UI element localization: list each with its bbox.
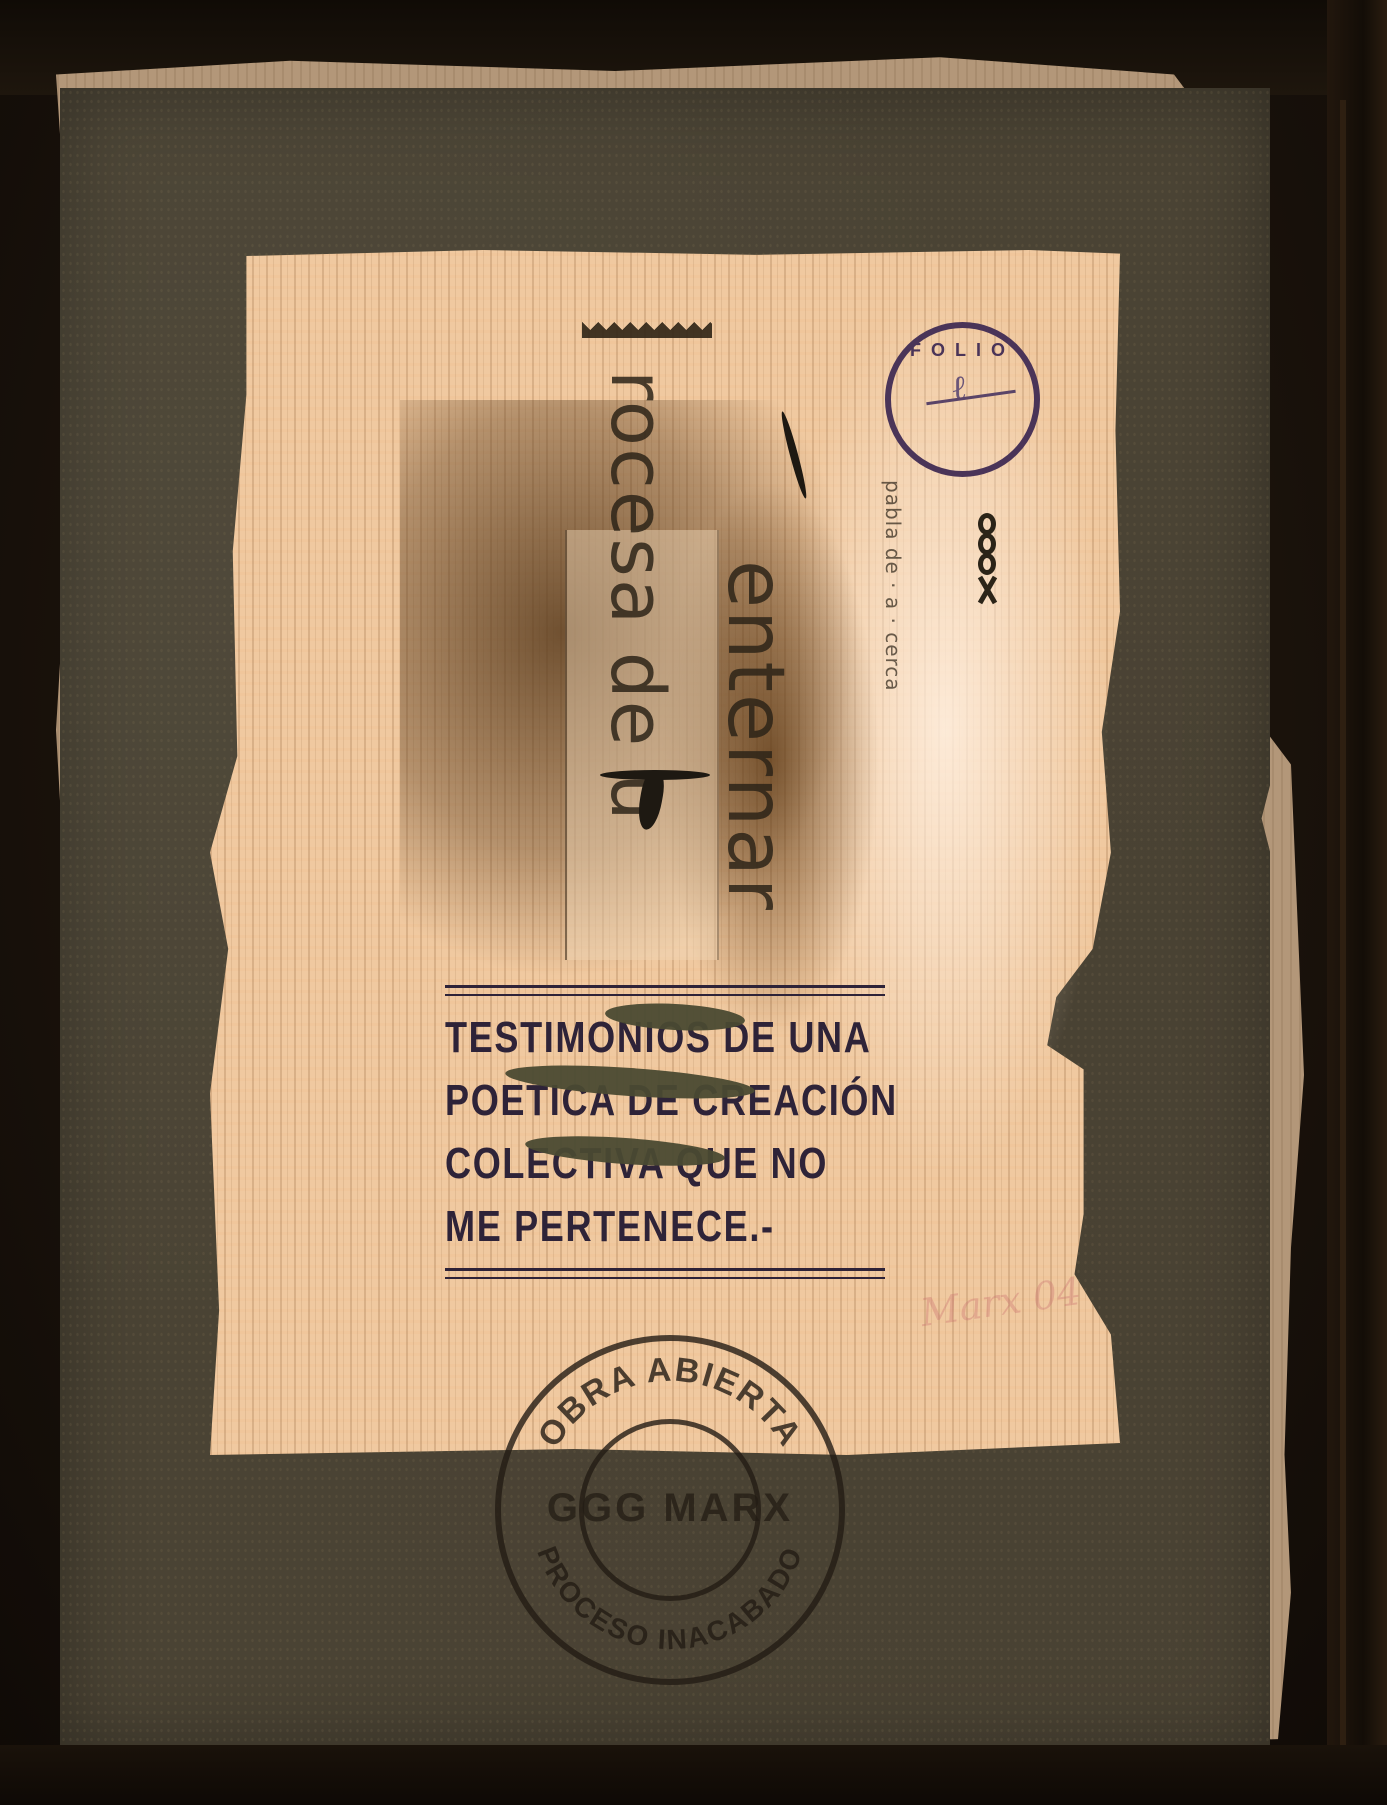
quote-top-rule	[445, 985, 885, 988]
frame-right	[1327, 0, 1387, 1805]
quote-bottom-rule-2	[445, 1277, 885, 1279]
obra-abierta-stamp: OBRA ABIERTA PROCESO INACABADO GGG MARX	[495, 1335, 845, 1685]
artwork-photo: rocesa de u enternar pabla de · a · cerc…	[0, 0, 1387, 1805]
quote-bottom-rule	[445, 1268, 885, 1271]
chain-link-icon	[967, 515, 1007, 630]
folio-label: FOLIO	[891, 340, 1034, 361]
black-cross-mark	[600, 770, 710, 780]
folio-underline	[926, 390, 1016, 405]
vertical-text-small: pabla de · a · cerca	[881, 480, 905, 692]
folio-handwritten-mark: ℓ	[951, 368, 967, 408]
quote-line-4: ME PERTENECE.-	[445, 1195, 884, 1258]
vertical-text-right: enternar	[710, 560, 800, 912]
folio-stamp: FOLIO ℓ	[885, 322, 1040, 477]
zigzag-line-icon	[582, 322, 712, 338]
stamp-center-text: GGG MARX	[501, 1486, 839, 1531]
vertical-text-left: rocesa de u	[594, 370, 680, 823]
frame-inner-edge	[1340, 100, 1346, 1750]
frame-bottom	[0, 1745, 1387, 1805]
printed-quote: TESTIMONIOS DE UNA POETICA DE CREACIÓN C…	[445, 985, 885, 1279]
